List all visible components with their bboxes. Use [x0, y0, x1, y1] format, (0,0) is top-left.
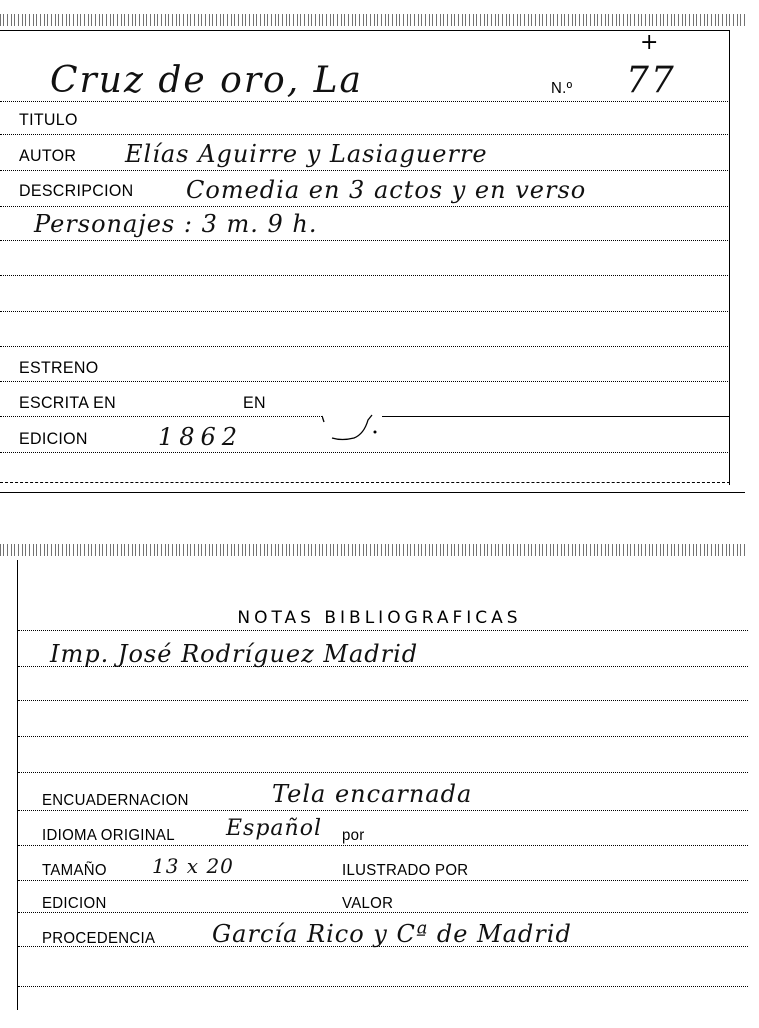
- ink-mark: [322, 410, 392, 450]
- autor-label: AUTOR: [19, 148, 76, 167]
- tamano-value: 13 x 20: [152, 854, 234, 878]
- idioma-original-label: IDIOMA ORIGINAL: [42, 827, 175, 845]
- notes-line-4-rule: [18, 772, 748, 773]
- autor-value: Elías Aguirre y Lasiaguerre: [125, 140, 488, 168]
- procedencia-line: [18, 946, 748, 947]
- edicion-value: 1862: [158, 423, 243, 451]
- encuadernacion-label: ENCUADERNACION: [42, 792, 189, 810]
- notes-line-3-rule: [18, 736, 748, 737]
- edicion-back-line: [18, 912, 748, 913]
- plus-mark: +: [640, 30, 658, 55]
- blank-line-2: [0, 275, 730, 276]
- descripcion-continued: Personajes : 3 m. 9 h.: [34, 210, 317, 238]
- tamano-line: [18, 880, 748, 881]
- front-top-border: [0, 30, 730, 31]
- number-label: N.º: [551, 80, 572, 98]
- encuadernacion-value: Tela encarnada: [272, 780, 472, 808]
- notes-line-1-rule: [18, 666, 748, 667]
- descripcion-label: DESCRIPCION: [19, 183, 133, 202]
- por-label: por: [342, 827, 365, 845]
- valor-label: VALOR: [342, 895, 393, 913]
- descripcion-line: [0, 206, 730, 207]
- heading-line: [18, 630, 748, 631]
- front-card: + Cruz de oro, La N.º 77 TITULO AUTOR El…: [0, 0, 759, 500]
- title-line: [0, 101, 730, 102]
- notas-heading: NOTAS BIBLIOGRAFICAS: [0, 608, 759, 628]
- ilustrado-por-label: ILUSTRADO POR: [342, 862, 468, 880]
- escrita-en-label: ESCRITA EN: [19, 395, 116, 414]
- procedencia-label: PROCEDENCIA: [42, 930, 155, 948]
- escrita-line-left: [0, 416, 322, 417]
- autor-line: [0, 170, 730, 171]
- tamano-label: TAMAÑO: [42, 862, 107, 880]
- front-bottom-border: [0, 492, 745, 493]
- escrita-line-right: [382, 416, 730, 417]
- procedencia-value: García Rico y Cª de Madrid: [212, 920, 572, 948]
- front-bottom-edge: [0, 482, 730, 483]
- edicion-line: [0, 452, 730, 453]
- notes-line-2-rule: [18, 700, 748, 701]
- edicion-back-label: EDICION: [42, 895, 107, 913]
- descripcion-value: Comedia en 3 actos y en verso: [186, 176, 586, 204]
- number-value: 77: [626, 60, 676, 101]
- blank-line-1: [0, 240, 730, 241]
- back-card: NOTAS BIBLIOGRAFICAS Imp. José Rodríguez…: [0, 540, 759, 1028]
- notes-line-1: Imp. José Rodríguez Madrid: [50, 640, 418, 668]
- escrita-en-en-label: EN: [243, 395, 266, 414]
- idioma-line: [18, 845, 748, 846]
- back-bottom-line: [18, 986, 748, 987]
- encuadernacion-line: [18, 810, 748, 811]
- idioma-original-value: Español: [226, 816, 322, 841]
- blank-line-3: [0, 311, 730, 312]
- estreno-line: [0, 381, 730, 382]
- estreno-label: ESTRENO: [19, 360, 98, 379]
- titulo-label: TITULO: [19, 112, 78, 131]
- titulo-line: [0, 134, 730, 135]
- title-value: Cruz de oro, La: [50, 60, 363, 101]
- edicion-label: EDICION: [19, 431, 88, 450]
- blank-line-4: [0, 346, 730, 347]
